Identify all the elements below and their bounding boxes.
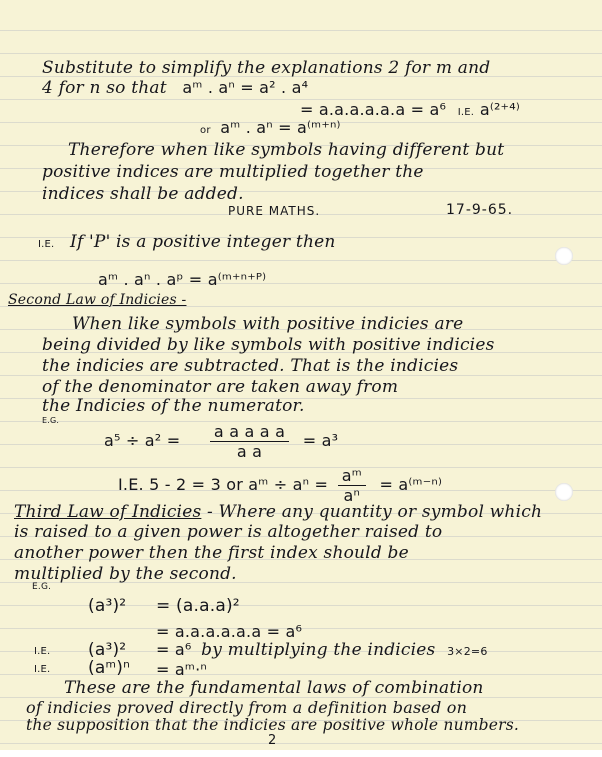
second-law-example-rhs: = a³	[303, 431, 339, 450]
intro-conclusion-1: Therefore when like symbols having diffe…	[68, 140, 504, 160]
intro-line-1: Substitute to simplify the explanations …	[42, 58, 490, 78]
second-law-eg: E.G.	[42, 416, 59, 425]
intro-line-4: or aᵐ . aⁿ = a⁽ᵐ⁺ⁿ⁾	[200, 118, 341, 138]
third-law-row3-rhs: = a⁶	[156, 640, 192, 659]
second-law-example-lhs: a⁵ ÷ a² =	[104, 431, 180, 450]
first-law-ext-text: If 'P' is a positive integer then	[70, 232, 335, 252]
third-law-line-1: Third Law of Indicies - Where any quanti…	[14, 502, 542, 522]
intro-conclusion-3: indices shall be added.	[42, 184, 244, 204]
third-law-row3-rhs-line: = a⁶ by multiplying the indicies 3×2=6	[156, 640, 488, 660]
third-law-body-4: multiplied by the second.	[14, 564, 237, 584]
second-law-body-4: of the denominator are taken away from	[42, 377, 398, 397]
intro-line-3-ie: I.E.	[458, 107, 474, 118]
intro-line-2: 4 for n so that aᵐ . aⁿ = a² . a⁴	[42, 78, 308, 98]
first-law-ext-line: I.E. If 'P' is a positive integer then	[38, 232, 336, 252]
third-law-row1-lhs: (a³)²	[88, 596, 126, 616]
third-law-row3-text: by multiplying the indicies	[201, 640, 435, 660]
intro-line-4-or: or	[200, 125, 211, 136]
second-law-example-den: a a	[210, 442, 289, 461]
third-law-row4-ie: I.E.	[34, 664, 50, 675]
first-law-ext-ie: I.E.	[38, 239, 54, 250]
page-number: 2	[268, 733, 276, 748]
second-law-body-5: the Indicies of the numerator.	[42, 396, 305, 416]
punch-hole-bottom	[555, 483, 573, 501]
intro-conclusion-2: positive indices are multiplied together…	[42, 162, 424, 182]
second-law-ie-fraction: aᵐ aⁿ	[338, 466, 366, 505]
second-law-example: a⁵ ÷ a² = a a a a a a a = a³	[104, 422, 338, 461]
third-law-body-1: - Where any quantity or symbol which	[201, 502, 542, 522]
bottom-margin	[0, 750, 602, 757]
third-law-heading: Third Law of Indicies	[14, 502, 201, 522]
second-law-ie-lhs: I.E. 5 - 2 = 3 or aᵐ ÷ aⁿ =	[118, 475, 328, 494]
second-law-ie-rhs: = a⁽ᵐ⁻ⁿ⁾	[380, 475, 443, 494]
third-law-row3-lhs: (a³)²	[88, 640, 126, 660]
third-law-row3-calc: 3×2=6	[447, 645, 487, 658]
third-law-body-2: is raised to a given power is altogether…	[14, 522, 442, 542]
third-law-row4-lhs: (aᵐ)ⁿ	[88, 658, 130, 678]
third-law-row2-rhs: = a.a.a.a.a.a = a⁶	[156, 622, 302, 641]
second-law-body-1: When like symbols with positive indicies…	[72, 314, 463, 334]
intro-line-3-math: = a.a.a.a.a.a = a⁶	[300, 100, 446, 119]
intro-line-3: = a.a.a.a.a.a = a⁶ I.E. a⁽²⁺⁴⁾	[300, 100, 520, 120]
third-law-body-3: another power then the first index shoul…	[14, 543, 409, 563]
intro-line-2-text: 4 for n so that	[42, 78, 167, 98]
third-law-eg: E.G.	[32, 582, 51, 592]
third-law-row4-rhs: = aᵐ·ⁿ	[156, 660, 207, 679]
page-title: PURE MATHS.	[228, 204, 320, 218]
second-law-body-2: being divided by like symbols with posit…	[42, 335, 495, 355]
intro-line-4-math: aᵐ . aⁿ = a⁽ᵐ⁺ⁿ⁾	[220, 118, 340, 137]
second-law-ie-line: I.E. 5 - 2 = 3 or aᵐ ÷ aⁿ = aᵐ aⁿ = a⁽ᵐ⁻…	[118, 466, 442, 505]
punch-hole-top	[555, 247, 573, 265]
second-law-ie-num: aᵐ	[338, 466, 366, 486]
page-date: 17-9-65.	[446, 202, 513, 218]
intro-line-2-math: aᵐ . aⁿ = a² . a⁴	[182, 78, 308, 97]
closing-line-3: the supposition that the indicies are po…	[26, 716, 519, 734]
closing-line-2: of indicies proved directly from a defin…	[26, 698, 467, 717]
intro-line-3-ie-math: a⁽²⁺⁴⁾	[480, 100, 520, 119]
third-law-row1-rhs: = (a.a.a)²	[156, 596, 240, 616]
second-law-example-fraction: a a a a a a a	[210, 422, 289, 461]
second-law-body-3: the indicies are subtracted. That is the…	[42, 356, 458, 376]
second-law-heading: Second Law of Indicies -	[8, 292, 186, 308]
closing-line-1: These are the fundamental laws of combin…	[64, 678, 484, 698]
second-law-example-num: a a a a a	[210, 422, 289, 442]
notebook-page: Substitute to simplify the explanations …	[0, 0, 602, 750]
third-law-row3-ie: I.E.	[34, 646, 50, 657]
first-law-ext-math: aᵐ . aⁿ . aᵖ = a⁽ᵐ⁺ⁿ⁺ᴾ⁾	[98, 270, 266, 289]
